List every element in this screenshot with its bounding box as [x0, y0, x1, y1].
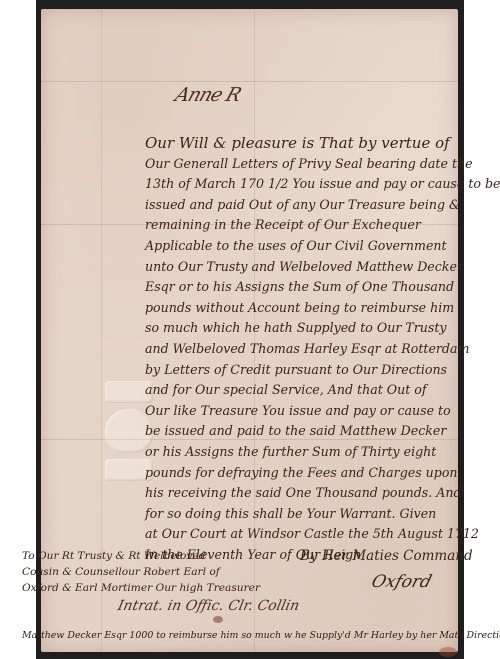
ink-blot [213, 616, 223, 623]
body-line: Our Generall Letters of Privy Seal beari… [145, 154, 465, 175]
entry-note: Intrat. in Offic. Clr. Collin [116, 598, 301, 614]
body-line: and for Our special Service, And that Ou… [145, 380, 465, 401]
fold-line [41, 81, 458, 82]
countersignature: Oxford [369, 572, 433, 592]
body-line: Our Will & pleasure is That by vertue of [145, 133, 465, 154]
docket-note: Matthew Decker Esqr 1000 to reimburse hi… [22, 630, 500, 641]
body-line: Esqr or to his Assigns the Sum of One Th… [145, 277, 465, 298]
body-line: issued and paid Out of any Our Treasure … [145, 195, 465, 216]
body-line: and Welbeloved Thomas Harley Esqr at Rot… [145, 339, 465, 360]
command-line: By Her Maties Command [300, 548, 473, 564]
body-line: Our like Treasure You issue and pay or c… [145, 401, 465, 422]
body-line: his receiving the said One Thousand poun… [145, 483, 465, 504]
body-line: at Our Court at Windsor Castle the 5th A… [145, 524, 465, 545]
body-line: be issued and paid to the said Matthew D… [145, 421, 465, 442]
address-line: Cousin & Counsellour Robert Earl of [22, 564, 260, 580]
body-line: 13th of March 170 1/2 You issue and pay … [145, 174, 465, 195]
body-line: remaining in the Receipt of Our Excheque… [145, 215, 465, 236]
body-line: unto Our Trusty and Welbeloved Matthew D… [145, 257, 465, 278]
warrant-body: Our Will & pleasure is That by vertue of… [145, 133, 465, 565]
body-line: Applicable to the uses of Our Civil Gove… [145, 236, 465, 257]
body-line: so much which he hath Supplyed to Our Tr… [145, 318, 465, 339]
address-line: Oxford & Earl Mortimer Our high Treasure… [22, 580, 260, 596]
body-line: pounds without Account being to reimburs… [145, 298, 465, 319]
address-line: To Our Rt Trusty & Rt Welbeloved [22, 548, 260, 564]
stain [439, 647, 457, 657]
royal-sign-manual: Anne R [172, 84, 243, 106]
body-line: for so doing this shall be Your Warrant.… [145, 504, 465, 525]
addressee-block: To Our Rt Trusty & Rt Welbeloved Cousin … [22, 548, 260, 596]
body-line: by Letters of Credit pursuant to Our Dir… [145, 360, 465, 381]
body-line: or his Assigns the further Sum of Thirty… [145, 442, 465, 463]
body-line: pounds for defraying the Fees and Charge… [145, 463, 465, 484]
